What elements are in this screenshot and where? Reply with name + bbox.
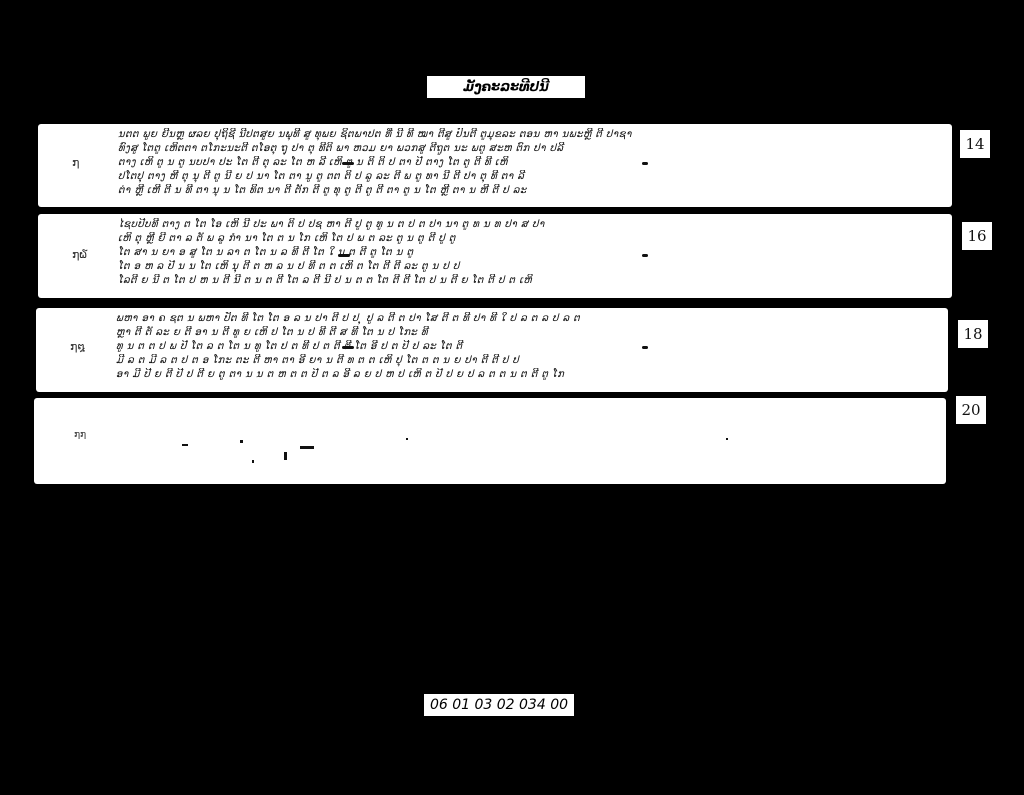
folio-number-14: 14 bbox=[960, 130, 990, 158]
manuscript-line: ໂຕ ສາ ນ ຍາ ອ ສູ ໂຕ ນ ລາ ຕ ໂຕ ນ ລ ທີ ຕີ ໂ… bbox=[118, 246, 892, 259]
palm-leaf-folio-18: ໗໘ ພຫາ ອາ ຄ ຊຕ ນ ພຫາ ປັຕ ທີ ໂຕ ໂຕ ອ ລ ນ … bbox=[36, 308, 948, 392]
folio-number-20: 20 bbox=[956, 396, 986, 424]
string-hole-mark bbox=[642, 254, 648, 257]
ink-speck bbox=[284, 452, 287, 460]
manuscript-line: ໂຕ ອ ຫ ລ ປີ ນ ນ ໂຕ ເຫິ ນຸ ຕີ ຕ ຫ ລ ນ ປ ທ… bbox=[118, 260, 892, 273]
leaf-side-number: ໗໖ bbox=[72, 248, 87, 261]
palm-leaf-folio-20: ໗໗ bbox=[34, 398, 946, 484]
manuscript-line: ຕາງ ເຫິ ຕູ ນ ຕູ ນບປາ ປະ ໂຕ ຕີ ຕຸ ລະ ໂຕ ຫ… bbox=[118, 156, 892, 169]
folio-number-18: 18 bbox=[958, 320, 988, 348]
ink-speck bbox=[252, 460, 254, 463]
archive-reference-label: 06 01 03 02 034 00 bbox=[424, 694, 574, 716]
manuscript-title-label: ມັງຄະລະທີປນີ bbox=[427, 76, 585, 98]
palm-leaf-folio-16: ໗໖ ໄຊບປີບທີ ຕາງ ຕ ໂຕ ໂອ ເຫິ ນີ ປະ ພາ ຕິ … bbox=[38, 214, 952, 298]
ink-speck bbox=[300, 446, 314, 449]
ink-speck bbox=[726, 438, 728, 440]
ink-speck bbox=[240, 440, 243, 443]
manuscript-line: ທົງສູ ໂຕຕູ ເຫິຕຕາ ຕໂກະນະຕີ ຕໂອຕຸ ຖຸ ປາ ຕ… bbox=[118, 142, 892, 155]
manuscript-line: ທູ ນ ຕ ຕ ປ ພ ປີ ໂຕ ລ ຕ ໂຕ ນ ທູ ໂຕ ປ ຕ ທີ… bbox=[116, 340, 888, 353]
manuscript-line: ອາ ມີ ປີ ຍ ຕີ ປີ ປ ຕີ ຍ ຕູ ຕາ ນ ນ ຕ ຫ ຕ … bbox=[116, 368, 888, 381]
manuscript-line: ພຫາ ອາ ຄ ຊຕ ນ ພຫາ ປັຕ ທີ ໂຕ ໂຕ ອ ລ ນ ປາ … bbox=[116, 312, 888, 325]
string-hole-mark bbox=[642, 162, 648, 165]
string-hole-mark bbox=[342, 162, 354, 165]
string-hole-mark bbox=[342, 346, 354, 349]
ink-speck bbox=[182, 444, 188, 446]
manuscript-line: ເຫິ ຕຸ ຫຼີ ຍີ ຕາ ລ ຕັ ພ ລູ ກຳ ນາ ໂຕ ຕ ນ … bbox=[118, 232, 892, 245]
manuscript-line: ປໂຕປຸ ຕາງ ຫີ ຕຸ ນຸ ຕີ ຕູ ນີ ຍ ປ ນາ ໂຕ ຕາ… bbox=[118, 170, 892, 183]
leaf-side-number: ໗ bbox=[72, 156, 79, 169]
string-hole-mark bbox=[642, 346, 648, 349]
manuscript-line: ໂລຕີ ຍ ນີ ຕ ໂຕ ປ ຫ ນ ຕີ ນີ ຕ ນ ຕ ຕີ ໂຕ ລ… bbox=[118, 274, 892, 287]
manuscript-line: ຫຼາ ຕີ ຕັ ລະ ຍ ຕີ ອາ ນ ຕີ ທູ ຍ ເຫິ ປ ໂຕ … bbox=[116, 326, 888, 339]
manuscript-line: ໄຊບປີບທີ ຕາງ ຕ ໂຕ ໂອ ເຫິ ນີ ປະ ພາ ຕິ ປ ປ… bbox=[118, 218, 892, 231]
palm-leaf-folio-14: ໗ ນຕຕ ພູຍ ຍີນຫຼ ຜລຍ ປຸຖິຊີ ນີປຕສູຍ ນພຸທີ… bbox=[38, 124, 952, 207]
leaf-side-number: ໗໘ bbox=[70, 340, 85, 353]
ink-speck bbox=[406, 438, 408, 440]
manuscript-line: ມີ ລ ຕ ມີ ລ ຕ ປ ຕ ອ ໂກະ ຕະ ຕີ ຫາ ຕາ ອີ ຍ… bbox=[116, 354, 888, 367]
manuscript-line: ນຕຕ ພູຍ ຍີນຫຼ ຜລຍ ປຸຖິຊີ ນີປຕສູຍ ນພຸທີ ສ… bbox=[118, 128, 892, 141]
folio-number-16: 16 bbox=[962, 222, 992, 250]
leaf-side-number: ໗໗ bbox=[74, 430, 86, 440]
string-hole-mark bbox=[338, 254, 350, 257]
manuscript-line: ຕ່າ ຫຼີ ເຫີ ຕີ ນ ທີ ຕາ ນຸ ນ ໂຕ ທິຕ ນາ ຕີ… bbox=[118, 184, 892, 197]
